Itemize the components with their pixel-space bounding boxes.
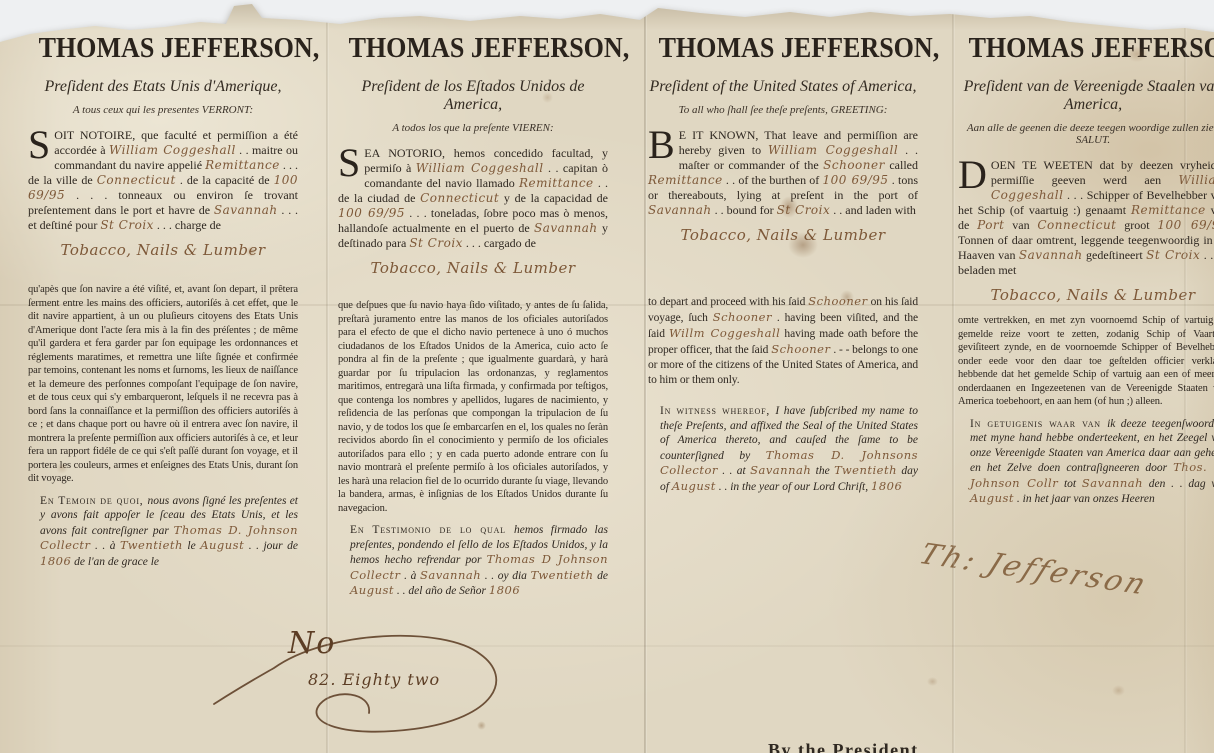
- fold-crease-vertical-4: [1184, 0, 1187, 753]
- handwritten-entry: Remittance: [205, 158, 280, 172]
- fold-crease-horizontal-2: [0, 645, 1214, 647]
- handwritten-entry: Connecticut: [420, 191, 499, 205]
- printed-text: . . of the burthen of: [723, 173, 823, 187]
- fold-crease-vertical-3: [952, 0, 955, 753]
- drop-cap: S: [338, 146, 364, 178]
- handwritten-entry: Connecticut: [1037, 218, 1116, 232]
- handwritten-entry: St Croix: [409, 236, 463, 250]
- handwritten-entry: Remittance: [648, 173, 723, 187]
- handwritten-entry: Savannah: [214, 203, 278, 217]
- printed-italic: . . jour de: [244, 540, 298, 552]
- ship-number-prefix: No: [288, 626, 336, 661]
- main-text: qu'apès que ſon navire a été viſité, et,…: [28, 284, 298, 484]
- title-text: THOMAS JEFFERSON,: [659, 30, 940, 68]
- column-subtitle-french: Preſident des Etats Unis d'Amerique,: [28, 78, 298, 96]
- title-text: THOMAS JEFFERSON,: [349, 30, 630, 68]
- handwritten-entry: 100 69/95: [338, 206, 405, 220]
- title-text: THOMAS JEFFERSON,: [969, 30, 1214, 68]
- column-title-dutch: THOMAS JEFFERSON,: [958, 30, 1214, 68]
- printed-text: omte vertrekken, en met zyn voornoemd Sc…: [958, 315, 1214, 407]
- column-subtitle-dutch: Preſident van de Vereenigde Staalen van …: [958, 78, 1214, 114]
- closing-paragraph-english: In witness whereof, I have ſubſcribed my…: [648, 404, 918, 494]
- closing-text: In witness whereof, I have ſubſcribed my…: [660, 405, 918, 493]
- fold-crease-horizontal-1: [0, 304, 1214, 306]
- column-salutation-english: To all who ſhall ſee theſe preſents, GRE…: [648, 104, 918, 116]
- opening-text: OEN TE WEETEN dat by deezen vryheiden pe…: [958, 158, 1214, 277]
- main-paragraph-spanish: que deſpues que ſu navio haya ſido viſit…: [338, 299, 608, 515]
- handwritten-entry: August: [672, 479, 716, 493]
- main-text: to depart and proceed with his ſaid Scho…: [648, 296, 918, 386]
- handwritten-entry: Schooner: [823, 158, 885, 172]
- main-paragraph-french: qu'apès que ſon navire a été viſité, et,…: [28, 283, 298, 486]
- handwritten-entry: 100 69/95: [823, 173, 889, 187]
- handwritten-entry: William Coggeshall: [109, 143, 236, 157]
- printed-italic: . . à: [90, 540, 120, 552]
- ink-stain: [840, 290, 854, 304]
- printed-italic: le: [183, 540, 200, 552]
- printed-italic: the: [811, 465, 834, 477]
- handwritten-entry: Schooner: [771, 342, 830, 356]
- opening-paragraph-dutch: DOEN TE WEETEN dat by deezen vryheiden p…: [958, 158, 1214, 278]
- handwritten-entry: Twentieth: [120, 538, 183, 552]
- handwritten-entry: Remittance: [1131, 203, 1206, 217]
- main-text: omte vertrekken, en met zyn voornoemd Sc…: [958, 315, 1214, 407]
- ink-stain: [780, 196, 798, 218]
- cargo-entry-dutch: Tobacco, Nails & Lumber: [958, 286, 1214, 304]
- printed-text: groot: [1117, 218, 1158, 232]
- closing-text: En Testimonio de lo qual hemos firmado l…: [350, 524, 608, 597]
- cargo-entry-french: Tobacco, Nails & Lumber: [28, 241, 298, 259]
- ink-stain: [1112, 685, 1125, 696]
- column-salutation-french: A tous ceux qui les presentes VERRONT:: [28, 104, 298, 116]
- handwritten-entry: August: [350, 583, 394, 597]
- handwritten-entry: Connecticut: [97, 173, 176, 187]
- scanned-document-page: THOMAS JEFFERSON, Preſident des Etats Un…: [0, 0, 1214, 753]
- printed-italic: . . del año de Señor: [394, 585, 489, 597]
- column-salutation-spanish: A todos los que la preſente VIEREN:: [338, 122, 608, 134]
- printed-italic: . . oy dia: [481, 570, 530, 582]
- printed-italic: den . . dag van: [1143, 478, 1214, 490]
- cargo-entry-spanish: Tobacco, Nails & Lumber: [338, 259, 608, 277]
- handwritten-entry: Schooner: [713, 310, 772, 324]
- column-salutation-dutch: Aan alle de geenen die deeze teegen woor…: [958, 122, 1214, 146]
- printed-text: gedeſtineert: [1083, 248, 1147, 262]
- handwritten-entry: Twentieth: [531, 568, 594, 582]
- column-english: THOMAS JEFFERSON, Preſident of the Unite…: [628, 30, 938, 599]
- printed-text: . . . charge de: [154, 218, 221, 232]
- handwritten-entry: 1806: [40, 554, 71, 568]
- handwritten-entry: Willm Coggeshall: [669, 326, 780, 340]
- closing-lead: In witness whereof,: [660, 405, 775, 417]
- printed-italic: de: [594, 570, 608, 582]
- bottom-partial-text: By the President: [768, 740, 919, 753]
- printed-text: called: [885, 158, 918, 172]
- printed-text: y de la capacidad de: [499, 191, 608, 205]
- opening-text: EA NOTORIO, hemos concedido facultad, y …: [338, 146, 608, 250]
- fold-crease-vertical-center: [644, 0, 647, 753]
- handwritten-entry: Savannah: [420, 568, 481, 582]
- closing-text: En Temoin de quoi, nous avons ſigné les …: [40, 495, 298, 568]
- printed-text: . . bound for: [712, 203, 777, 217]
- printed-italic: . à: [400, 570, 420, 582]
- opening-paragraph-spanish: SEA NOTORIO, hemos concedido facultad, y…: [338, 146, 608, 251]
- paper-sheet: THOMAS JEFFERSON, Preſident des Etats Un…: [0, 0, 1214, 753]
- printed-text: . . and laden with: [830, 203, 916, 217]
- printed-text: to depart and proceed with his ſaid: [648, 296, 808, 308]
- cargo-entry-english: Tobacco, Nails & Lumber: [648, 226, 918, 244]
- closing-paragraph-french: En Temoin de quoi, nous avons ſigné les …: [28, 494, 298, 570]
- handwritten-entry: Savannah: [648, 203, 712, 217]
- column-spanish: THOMAS JEFFERSON, Preſident de los Eſtad…: [318, 30, 628, 599]
- column-dutch: THOMAS JEFFERSON, Preſident van de Veree…: [938, 30, 1214, 599]
- fold-crease-vertical-1: [326, 0, 329, 753]
- handwritten-entry: Savannah: [534, 221, 598, 235]
- handwritten-entry: Savannah: [750, 463, 811, 477]
- main-paragraph-english: to depart and proceed with his ſaid Scho…: [648, 294, 918, 388]
- closing-lead: In getuigenis waar van: [970, 418, 1107, 430]
- closing-paragraph-spanish: En Testimonio de lo qual hemos firmado l…: [338, 523, 608, 599]
- paper-shadow: THOMAS JEFFERSON, Preſident des Etats Un…: [0, 0, 1214, 753]
- handwritten-entry: William Coggeshall: [768, 143, 898, 157]
- printed-italic: . . at: [718, 465, 750, 477]
- handwritten-entry: August: [200, 538, 244, 552]
- handwritten-entry: William Coggeshall: [416, 161, 544, 175]
- handwritten-entry: Savannah: [1019, 248, 1083, 262]
- printed-italic: de l'an de grace le: [71, 556, 159, 568]
- ink-stain: [927, 677, 938, 686]
- printed-text: van: [1004, 218, 1037, 232]
- ink-stain: [1126, 46, 1148, 62]
- handwritten-entry: Port: [977, 218, 1004, 232]
- ink-stain: [477, 721, 486, 730]
- drop-cap: B: [648, 128, 679, 160]
- opening-text: OIT NOTOIRE, que faculté et permiſſion a…: [28, 128, 298, 232]
- column-title-french: THOMAS JEFFERSON,: [28, 30, 298, 68]
- drop-cap: S: [28, 128, 54, 160]
- ink-stain: [56, 462, 68, 474]
- column-title-english: THOMAS JEFFERSON,: [648, 30, 918, 68]
- column-subtitle-spanish: Preſident de los Eſtados Unidos de Ameri…: [338, 78, 608, 114]
- printed-text: qu'apès que ſon navire a été viſité, et,…: [28, 284, 298, 484]
- ink-stain: [542, 92, 553, 103]
- handwritten-entry: 1806: [871, 479, 902, 493]
- handwritten-entry: St Croix: [1146, 248, 1200, 262]
- printed-italic: tot: [1058, 478, 1082, 490]
- handwritten-entry: St Croix: [100, 218, 154, 232]
- handwritten-entry: August: [970, 491, 1014, 505]
- closing-lead: En Testimonio de lo qual: [350, 524, 514, 536]
- column-subtitle-english: Preſident of the United States of Americ…: [648, 78, 918, 96]
- closing-lead: En Temoin de quoi,: [40, 495, 148, 507]
- closing-paragraph-dutch: In getuigenis waar van ik deeze teegenſw…: [958, 417, 1214, 507]
- handwritten-entry: 1806: [489, 583, 520, 597]
- main-paragraph-dutch: omte vertrekken, en met zyn voornoemd Sc…: [958, 314, 1214, 409]
- closing-text: In getuigenis waar van ik deeze teegenſw…: [970, 418, 1214, 506]
- ink-stain: [788, 232, 818, 258]
- printed-italic: . in het jaar van onzes Heeren: [1014, 493, 1155, 505]
- column-title-spanish: THOMAS JEFFERSON,: [338, 30, 608, 68]
- column-french: THOMAS JEFFERSON, Preſident des Etats Un…: [8, 30, 318, 599]
- ink-stain: [246, 246, 257, 257]
- printed-italic: . . in the year of our Lord Chriſt,: [716, 481, 871, 493]
- handwritten-entry: Remittance: [519, 176, 594, 190]
- printed-text: . . . cargado de: [463, 236, 536, 250]
- printed-text: . de la capacité de: [176, 173, 274, 187]
- printed-text: que deſpues que ſu navio haya ſido viſit…: [338, 300, 608, 514]
- main-text: que deſpues que ſu navio haya ſido viſit…: [338, 300, 608, 514]
- four-language-columns: THOMAS JEFFERSON, Preſident des Etats Un…: [8, 30, 1214, 599]
- handwritten-entry: Savannah: [1082, 476, 1143, 490]
- torn-edge-shading: [0, 0, 1214, 30]
- title-text: THOMAS JEFFERSON,: [39, 30, 320, 68]
- handwritten-entry: Twentieth: [834, 463, 897, 477]
- drop-cap: D: [958, 158, 991, 190]
- opening-paragraph-french: SOIT NOTOIRE, que faculté et permiſſion …: [28, 128, 298, 233]
